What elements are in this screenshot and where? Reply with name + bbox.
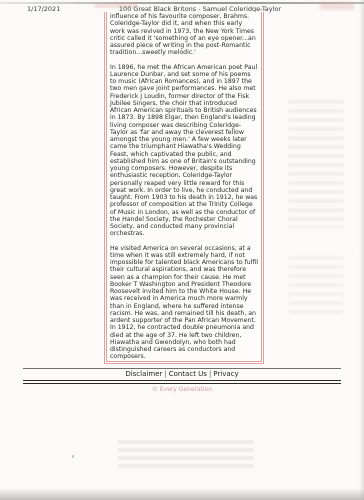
article-paragraph: In 1896, he met the African American poe…: [110, 64, 258, 238]
scan-edge-bottom: [0, 489, 364, 500]
article-paragraph: influence of his favourite composer, Bra…: [110, 13, 258, 57]
article-paragraph: He visited America on several occasions,…: [110, 245, 258, 361]
scan-artifact: [72, 455, 74, 458]
scan-edge-right: [359, 0, 364, 500]
footer-link-disclaimer[interactable]: Disclaimer: [125, 370, 162, 378]
article-paragraphs: influence of his favourite composer, Bra…: [110, 13, 258, 361]
footer-links: Disclaimer|Contact Us|Privacy: [125, 370, 238, 378]
scan-bleedthrough: [288, 100, 344, 228]
copyright-notice: © Every Generation: [0, 386, 364, 393]
footer-link-contact-us[interactable]: Contact Us: [169, 370, 207, 378]
scan-bleedthrough: [118, 440, 254, 470]
footer-link-privacy[interactable]: Privacy: [213, 370, 238, 378]
article-box: influence of his favourite composer, Bra…: [104, 12, 264, 364]
footer-bar: Disclaimer|Contact Us|Privacy: [23, 368, 341, 384]
scanned-page: 1/17/2021 100 Great Black Britons - Samu…: [0, 0, 364, 500]
scan-edge-top: [0, 2, 364, 4]
scan-bleedthrough: [289, 256, 343, 314]
